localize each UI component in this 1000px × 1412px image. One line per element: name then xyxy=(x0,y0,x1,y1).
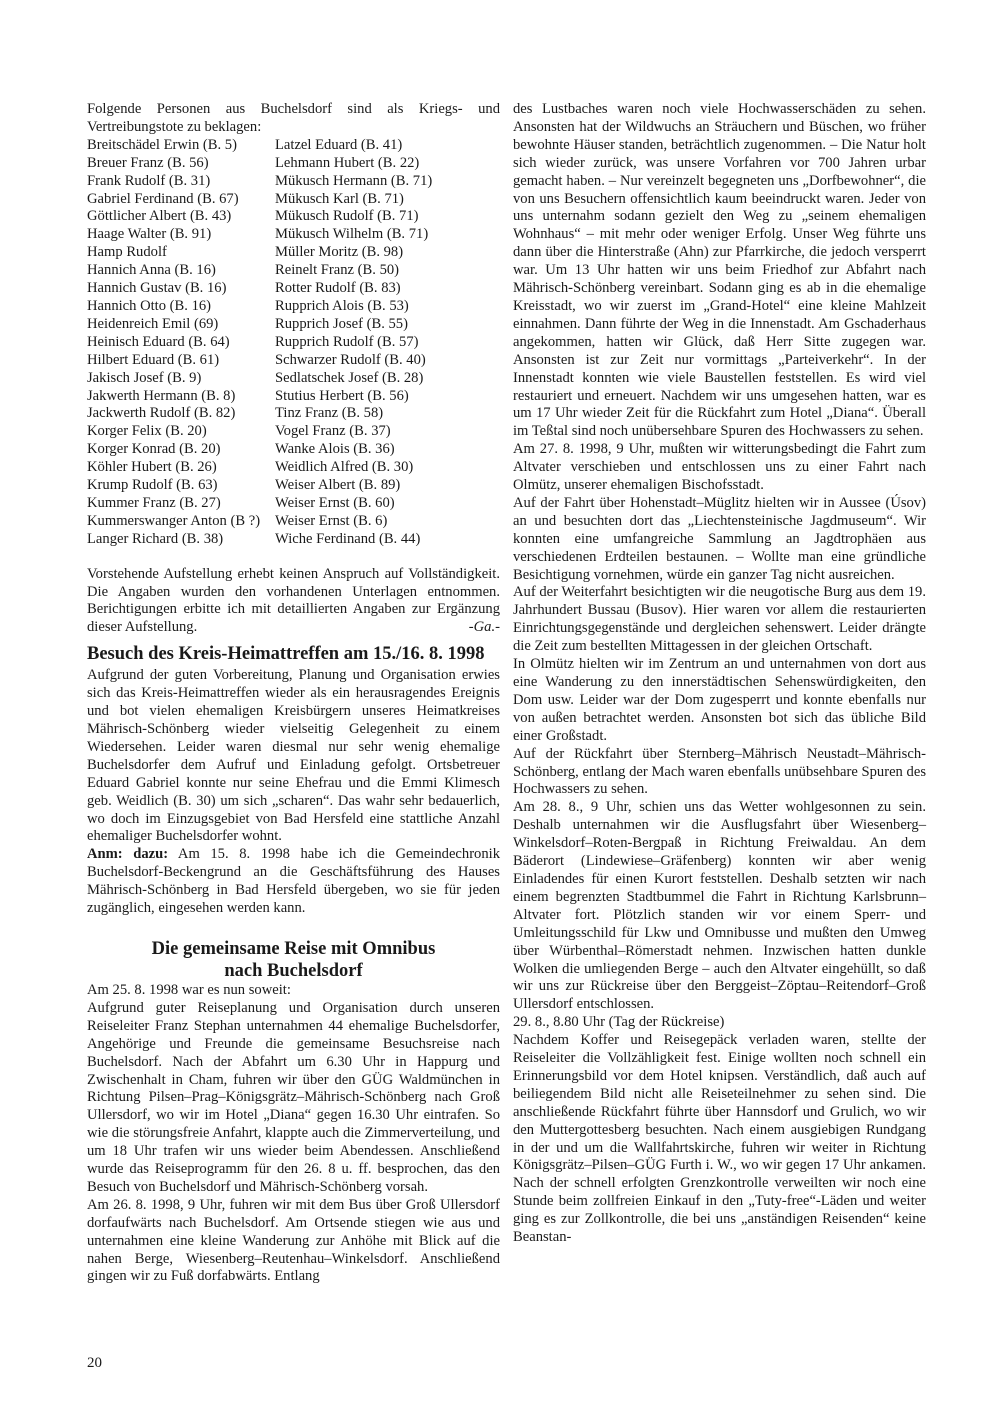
name-entry: Hannich Otto (B. 16) xyxy=(87,298,275,316)
name-entry: Göttlicher Albert (B. 43) xyxy=(87,208,275,226)
paragraph: Am 28. 8., 9 Uhr, schien uns das Wetter … xyxy=(513,799,926,1014)
name-entry: Vogel Franz (B. 37) xyxy=(275,423,500,441)
paragraph: Auf der Rückfahrt über Sternberg–Mährisc… xyxy=(513,746,926,800)
heading-line: nach Buchelsdorf xyxy=(224,961,362,981)
heading-line: Die gemeinsame Reise mit Omnibus xyxy=(152,939,436,959)
name-entry: Wanke Alois (B. 36) xyxy=(275,441,500,459)
name-entry: Korger Konrad (B. 20) xyxy=(87,441,275,459)
paragraph: 29. 8., 8.80 Uhr (Tag der Rückreise) xyxy=(513,1014,926,1032)
name-entry: Jackwerth Rudolf (B. 82) xyxy=(87,405,275,423)
name-entry: Heidenreich Emil (69) xyxy=(87,316,275,334)
disclaimer-text: Vorstehende Aufstellung erhebt keinen An… xyxy=(87,566,500,636)
name-entry: Jakisch Josef (B. 9) xyxy=(87,370,275,388)
intro-text: Folgende Personen aus Buchelsdorf sind a… xyxy=(87,101,500,137)
name-entry: Rupprich Josef (B. 55) xyxy=(275,316,500,334)
name-entry: Schwarzer Rudolf (B. 40) xyxy=(275,352,500,370)
name-entry: Kummer Franz (B. 27) xyxy=(87,495,275,513)
name-entry: Weiser Albert (B. 89) xyxy=(275,477,500,495)
name-entry: Haage Walter (B. 91) xyxy=(87,226,275,244)
page-number: 20 xyxy=(87,1355,102,1372)
paragraph: Am 26. 8. 1998, 9 Uhr, fuhren wir mit de… xyxy=(87,1197,500,1287)
name-entry: Breuer Franz (B. 56) xyxy=(87,155,275,173)
paragraph: Am 25. 8. 1998 war es nun soweit: xyxy=(87,982,500,1000)
paragraph: Aufgrund guter Reiseplanung und Organisa… xyxy=(87,1000,500,1197)
note-label: Anm: dazu: xyxy=(87,846,168,862)
name-entry: Heinisch Eduard (B. 64) xyxy=(87,334,275,352)
paragraph: Auf der Fahrt über Hohenstadt–Müglitz hi… xyxy=(513,495,926,585)
name-entry: Latzel Eduard (B. 41) xyxy=(275,137,500,155)
name-entry: Weiser Ernst (B. 60) xyxy=(275,495,500,513)
section-heading-omnibus-reise: Die gemeinsame Reise mit Omnibusnach Buc… xyxy=(87,938,500,982)
name-entry: Sedlatschek Josef (B. 28) xyxy=(275,370,500,388)
name-entry: Weidlich Alfred (B. 30) xyxy=(275,459,500,477)
paragraph: des Lustbaches waren noch viele Hochwass… xyxy=(513,101,926,441)
name-entry: Kummerswanger Anton (B ?) xyxy=(87,513,275,531)
name-entry: Hannich Anna (B. 16) xyxy=(87,262,275,280)
name-entry: Mükusch Karl (B. 71) xyxy=(275,191,500,209)
name-entry: Mükusch Rudolf (B. 71) xyxy=(275,208,500,226)
right-column: des Lustbaches waren noch viele Hochwass… xyxy=(513,101,926,1247)
paragraph: Am 27. 8. 1998, 9 Uhr, mußten wir witter… xyxy=(513,441,926,495)
disclaimer-paragraph: Vorstehende Aufstellung erhebt keinen An… xyxy=(87,566,500,638)
name-entry: Langer Richard (B. 38) xyxy=(87,531,275,549)
note-paragraph: Anm: dazu: Am 15. 8. 1998 habe ich die G… xyxy=(87,846,500,918)
name-entry: Frank Rudolf (B. 31) xyxy=(87,173,275,191)
name-entry: Tinz Franz (B. 58) xyxy=(275,405,500,423)
name-entry: Breitschädel Erwin (B. 5) xyxy=(87,137,275,155)
name-entry: Stutius Herbert (B. 56) xyxy=(275,388,500,406)
name-entry: Reinelt Franz (B. 50) xyxy=(275,262,500,280)
name-entry: Müller Moritz (B. 98) xyxy=(275,244,500,262)
paragraph: Aufgrund der guten Vorbereitung, Planung… xyxy=(87,667,500,846)
name-entry: Jakwerth Hermann (B. 8) xyxy=(87,388,275,406)
paragraph: Auf der Weiterfahrt besichtigten wir die… xyxy=(513,584,926,656)
name-entry: Mükusch Wilhelm (B. 71) xyxy=(275,226,500,244)
name-entry: Weiser Ernst (B. 6) xyxy=(275,513,500,531)
name-entry: Gabriel Ferdinand (B. 67) xyxy=(87,191,275,209)
name-entry: Hilbert Eduard (B. 61) xyxy=(87,352,275,370)
name-entry: Hannich Gustav (B. 16) xyxy=(87,280,275,298)
name-entry: Rupprich Rudolf (B. 57) xyxy=(275,334,500,352)
paragraph: In Olmütz hielten wir im Zentrum an und … xyxy=(513,656,926,746)
name-entry: Hamp Rudolf xyxy=(87,244,275,262)
name-entry: Lehmann Hubert (B. 22) xyxy=(275,155,500,173)
name-entry: Wiche Ferdinand (B. 44) xyxy=(275,531,500,549)
name-entry: Rotter Rudolf (B. 83) xyxy=(275,280,500,298)
casualty-list: Breitschädel Erwin (B. 5)Latzel Eduard (… xyxy=(87,137,500,549)
name-entry: Krump Rudolf (B. 63) xyxy=(87,477,275,495)
author-signature: -Ga.- xyxy=(469,619,500,637)
name-entry: Korger Felix (B. 20) xyxy=(87,423,275,441)
name-entry: Rupprich Alois (B. 53) xyxy=(275,298,500,316)
name-entry: Mükusch Hermann (B. 71) xyxy=(275,173,500,191)
left-column: Folgende Personen aus Buchelsdorf sind a… xyxy=(87,101,500,1286)
section-heading-kreis-heimattreffen: Besuch des Kreis-Heimattreffen am 15./16… xyxy=(87,643,500,665)
paragraph: Nachdem Koffer und Reisegepäck verladen … xyxy=(513,1032,926,1247)
name-entry: Köhler Hubert (B. 26) xyxy=(87,459,275,477)
